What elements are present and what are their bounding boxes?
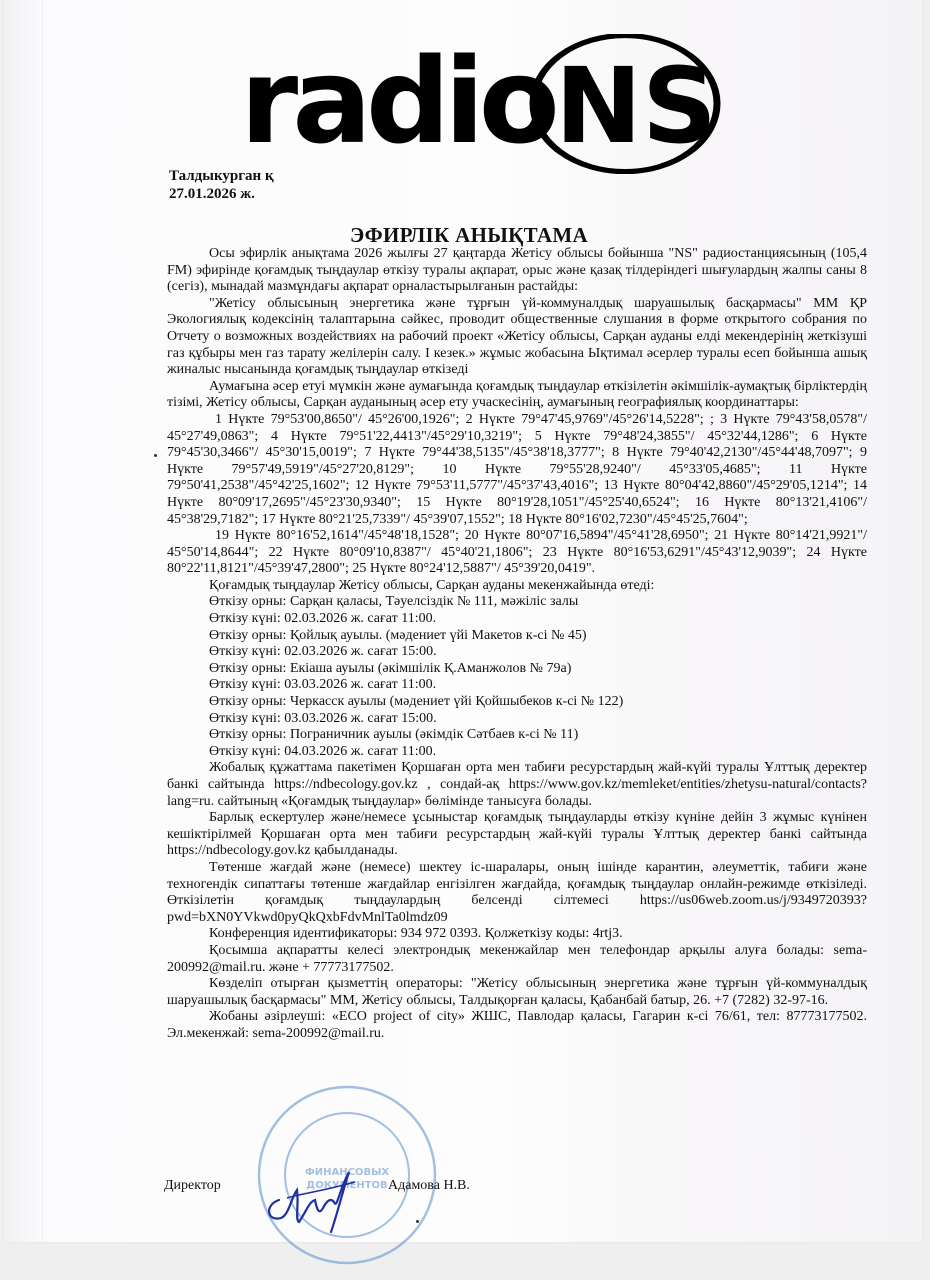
scan-speck	[416, 1220, 419, 1223]
scan-speck	[154, 454, 157, 457]
venue-time: Өткізу күні: 02.03.2026 ж. сағат 11:00.	[167, 611, 867, 628]
venue-time: Өткізу күні: 03.03.2026 ж. сағат 11:00.	[167, 677, 867, 694]
emergency-paragraph: Төтенше жағдай және (немесе) шектеу іс-ш…	[167, 860, 867, 926]
venue-time: Өткізу күні: 04.03.2026 ж. сағат 11:00.	[167, 744, 867, 761]
document-body: Осы эфирлік анықтама 2026 жылғы 27 қаңта…	[167, 246, 867, 1043]
signatory-role: Директор	[164, 1178, 221, 1194]
venue-place: Өткізу орны: Сарқан қаласы, Тәуелсіздік …	[167, 594, 867, 611]
radio-ns-logo: radio NS	[240, 34, 740, 174]
signatory-name: Адамова Н.В.	[388, 1178, 470, 1194]
documentation-paragraph: Жобалық құжаттама пакетімен Қоршаған орт…	[167, 760, 867, 810]
coordinates-part-1: 1 Нүкте 79°53'00,8650"/ 45°26'00,1926"; …	[167, 412, 867, 528]
conference-paragraph: Конференция идентификаторы: 934 972 0393…	[167, 926, 867, 943]
operator-paragraph: Көзделіп отырған қызметтің операторы: "Ж…	[167, 976, 867, 1009]
venue-time: Өткізу күні: 02.03.2026 ж. сағат 15:00.	[167, 644, 867, 661]
header-location-date: Талдыкурган қ 27.01.2026 ж.	[169, 167, 274, 203]
document-title: ЭФИРЛІК АНЫҚТАМА	[4, 223, 930, 248]
svg-text:NS: NS	[555, 45, 717, 167]
venue-time: Өткізу күні: 03.03.2026 ж. сағат 15:00.	[167, 711, 867, 728]
venue-list: Өткізу орны: Сарқан қаласы, Тәуелсіздік …	[167, 594, 867, 760]
venue-place: Өткізу орны: Черкасск ауылы (мәдениет үй…	[167, 694, 867, 711]
document-page: radio NS Талдыкурган қ 27.01.2026 ж. ЭФИ…	[4, 0, 922, 1242]
svg-text:radio: radio	[240, 34, 555, 170]
venue-place: Өткізу орны: Екіаша ауылы (әкімшілік Қ.А…	[167, 661, 867, 678]
signature-block: Директор Адамова Н.В.	[164, 1174, 864, 1254]
venue-place: Өткізу орны: Пограничник ауылы (әкімдік …	[167, 727, 867, 744]
intro-paragraph: Осы эфирлік анықтама 2026 жылғы 27 қаңта…	[167, 246, 867, 296]
contacts-paragraph: Қосымша ақпаратты келесі электрондық мек…	[167, 943, 867, 976]
hearings-intro: Қоғамдық тыңдаулар Жетісу облысы, Сарқан…	[167, 578, 867, 595]
coordinates-part-2: 19 Нүкте 80°16'52,1614"/45°48'18,1528"; …	[167, 528, 867, 578]
territory-paragraph: Аумағына әсер етуі мүмкін және аумағында…	[167, 379, 867, 412]
remarks-paragraph: Барлық ескертулер және/немесе ұсыныстар …	[167, 810, 867, 860]
project-paragraph: "Жетісу облысының энергетика және тұрғын…	[167, 296, 867, 379]
developer-paragraph: Жобаны әзірлеуші: «ECO project of city» …	[167, 1009, 867, 1042]
venue-place: Өткізу орны: Қойлық ауылы. (мәдениет үйі…	[167, 628, 867, 645]
city-label: Талдыкурган қ	[169, 167, 274, 185]
document-date: 27.01.2026 ж.	[169, 185, 274, 203]
